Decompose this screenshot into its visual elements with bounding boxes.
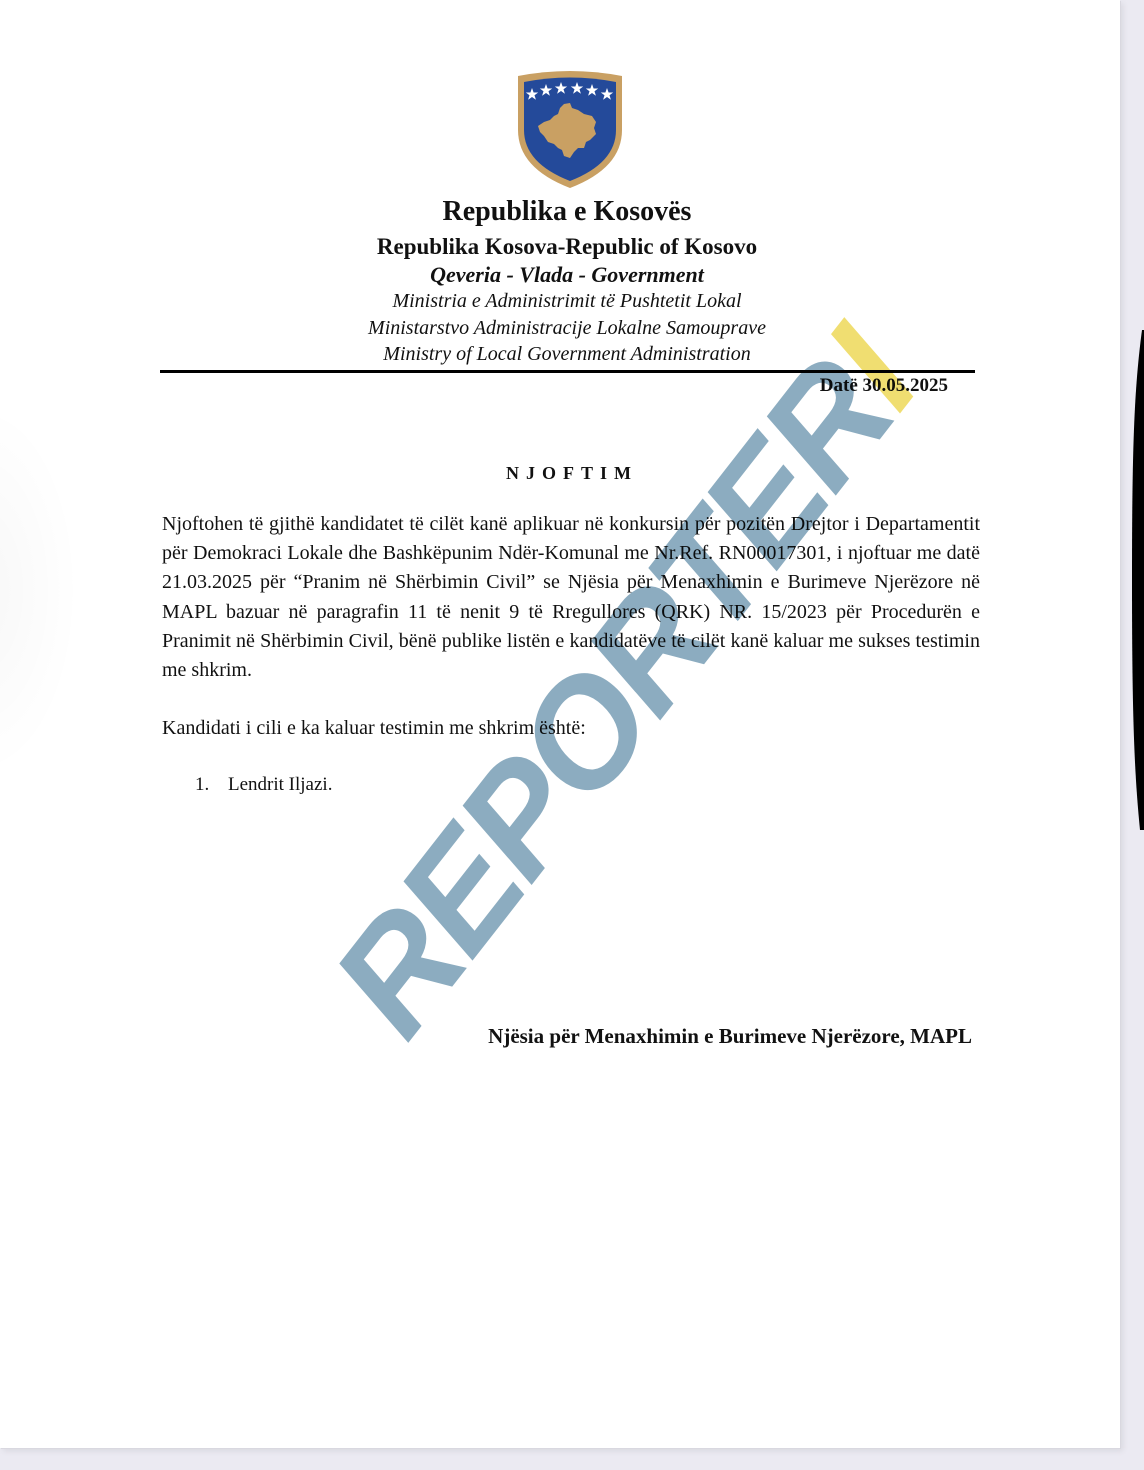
- header-country-serbian-english: Republika Kosova-Republic of Kosovo: [160, 234, 974, 260]
- candidate-name: Lendrit Iljazi.: [228, 774, 332, 796]
- candidate-list: 1. Lendrit Iljazi.: [195, 774, 332, 796]
- document-page: Republika e Kosovës Republika Kosova-Rep…: [0, 0, 1120, 1448]
- document-title: NJOFTIM: [160, 463, 984, 484]
- header-government: Qeveria - Vlada - Government: [160, 262, 974, 288]
- candidates-intro: Kandidati i cili e ka kaluar testimin me…: [162, 717, 586, 740]
- header-ministry-english: Ministry of Local Government Administrat…: [160, 343, 974, 366]
- list-item-number: 1.: [195, 774, 228, 796]
- list-item: 1. Lendrit Iljazi.: [195, 774, 332, 796]
- notice-body: Njoftohen të gjithë kandidatet të cilët …: [162, 510, 980, 685]
- watermark-main-text: REPORTER: [299, 332, 923, 1065]
- background-device-edge: [1130, 330, 1144, 830]
- page-shadow: [0, 400, 80, 780]
- document-date: Datë 30.05.2025: [820, 375, 948, 397]
- coat-of-arms-icon: [514, 70, 626, 190]
- signature-unit: Njësia për Menaxhimin e Burimeve Njerëzo…: [488, 1024, 972, 1049]
- header-country-albanian: Republika e Kosovës: [160, 196, 974, 228]
- header-ministry-albanian: Ministria e Administrimit të Pushtetit L…: [160, 290, 974, 313]
- header-ministry-serbian: Ministarstvo Administracije Lokalne Samo…: [160, 317, 974, 340]
- header-divider: [160, 370, 975, 373]
